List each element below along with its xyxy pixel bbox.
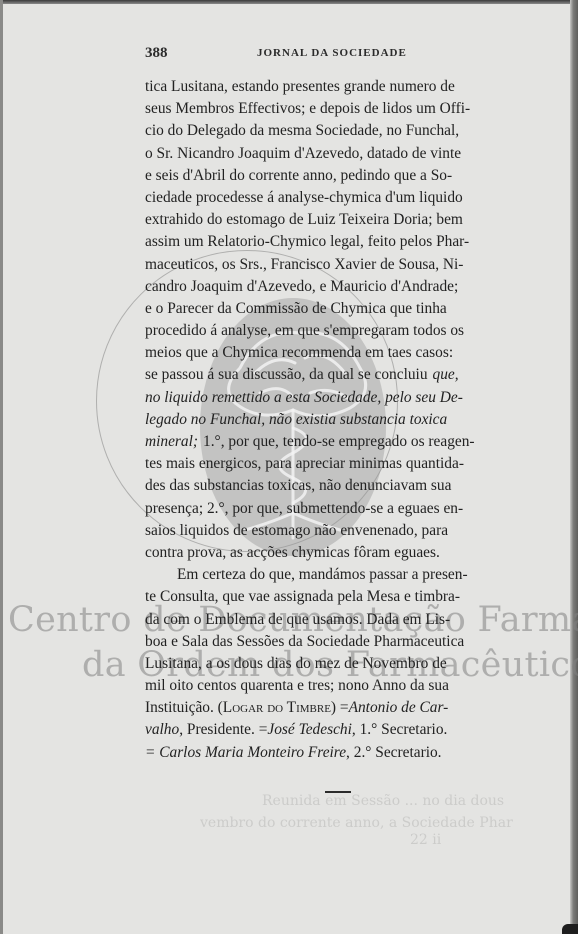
text-line: extrahido do estomago de Luiz Teixeira D… <box>145 209 559 231</box>
text-line: tica Lusitana, estando presentes grande … <box>145 76 559 98</box>
text-line-italic: legado no Funchal, não existia substanci… <box>145 409 559 431</box>
signatory-name: = Carlos Maria Monteiro Freire <box>145 742 346 764</box>
text-line: des das substancias toxicas, não denunci… <box>145 475 559 497</box>
text-line: assim um Relatorio-Chymico legal, feito … <box>145 231 559 253</box>
text-line: ciedade procedesse á analyse-chymica d'u… <box>145 187 559 209</box>
running-head: 388 JORNAL DA SOCIEDADE <box>145 45 545 65</box>
bleed-through-line: 22 ii <box>410 832 441 848</box>
text-line: contra prova, as acções chymicas fôram e… <box>145 542 559 564</box>
page-number: 388 <box>145 45 168 62</box>
text-line: te Consulta, que vae assignada pela Mesa… <box>145 586 559 608</box>
text-line-italic: no liquido remettido a esta Sociedade, p… <box>145 387 559 409</box>
text-line: e o Parecer da Commissão de Chymica que … <box>145 298 559 320</box>
bleed-through-line: vembro do corrente anno, a Sociedade Pha… <box>200 815 513 831</box>
page-left-edge <box>0 0 3 934</box>
page-right-edge <box>570 0 578 934</box>
text-line: o Sr. Nicandro Joaquim d'Azevedo, datado… <box>145 143 559 165</box>
signatory-name: José Tedeschi <box>267 719 352 741</box>
text-line: = Carlos Maria Monteiro Freire , 2.° Sec… <box>145 742 559 764</box>
page-corner-shadow <box>562 924 578 934</box>
text-line: mineral; 1.°, por que, tendo-se empregad… <box>145 431 559 453</box>
text-line: seus Membros Effectivos; e depois de lid… <box>145 98 559 120</box>
signatory-name: Antonio de Car- <box>349 697 449 719</box>
text-line-paragraph-start: Em certeza do que, mandámos passar a pre… <box>145 564 559 586</box>
text-line: tes mais energicos, para apreciar minima… <box>145 453 559 475</box>
seal-placeholder: Logar do Timbre <box>223 697 331 719</box>
text-line: mil oito centos quarenta e tres; nono An… <box>145 675 559 697</box>
text-line: se passou á sua discussão, da qual se co… <box>145 364 559 386</box>
page-top-edge <box>0 0 578 4</box>
text-line: valho , Presidente. = José Tedeschi , 1.… <box>145 719 559 741</box>
text-line: saios liquidos de estomago não envenenad… <box>145 520 559 542</box>
text-line: procedido á analyse, em que s'empregaram… <box>145 320 559 342</box>
text-line: Lusitana, a os dous dias do mez de Novem… <box>145 653 559 675</box>
text-line: da com o Emblema de que usamos. Dada em … <box>145 609 559 631</box>
body-text: tica Lusitana, estando presentes grande … <box>145 76 559 764</box>
signatory-name: valho <box>145 719 179 741</box>
text-line: boa e Sala das Sessões da Sociedade Phar… <box>145 631 559 653</box>
text-line: e seis d'Abril do corrente anno, pedindo… <box>145 165 559 187</box>
text-line: maceuticos, os Srs., Francisco Xavier de… <box>145 254 559 276</box>
text-line: Instituição. ( Logar do Timbre ) = Anton… <box>145 697 559 719</box>
text-line: meios que a Chymica recommenda em taes c… <box>145 342 559 364</box>
bleed-through-line: Reunida em Sessão ... no dia dous <box>262 793 504 809</box>
text-line: cio do Delegado da mesma Sociedade, no F… <box>145 120 559 142</box>
section-separator-rule <box>325 791 351 793</box>
journal-title: JORNAL DA SOCIEDADE <box>257 47 407 59</box>
text-line: candro Joaquim d'Azevedo, e Mauricio d'A… <box>145 276 559 298</box>
scanned-page: Reunida em Sessão ... no dia dous vembro… <box>0 0 578 934</box>
text-line: presença; 2.°, por que, submettendo-se a… <box>145 498 559 520</box>
